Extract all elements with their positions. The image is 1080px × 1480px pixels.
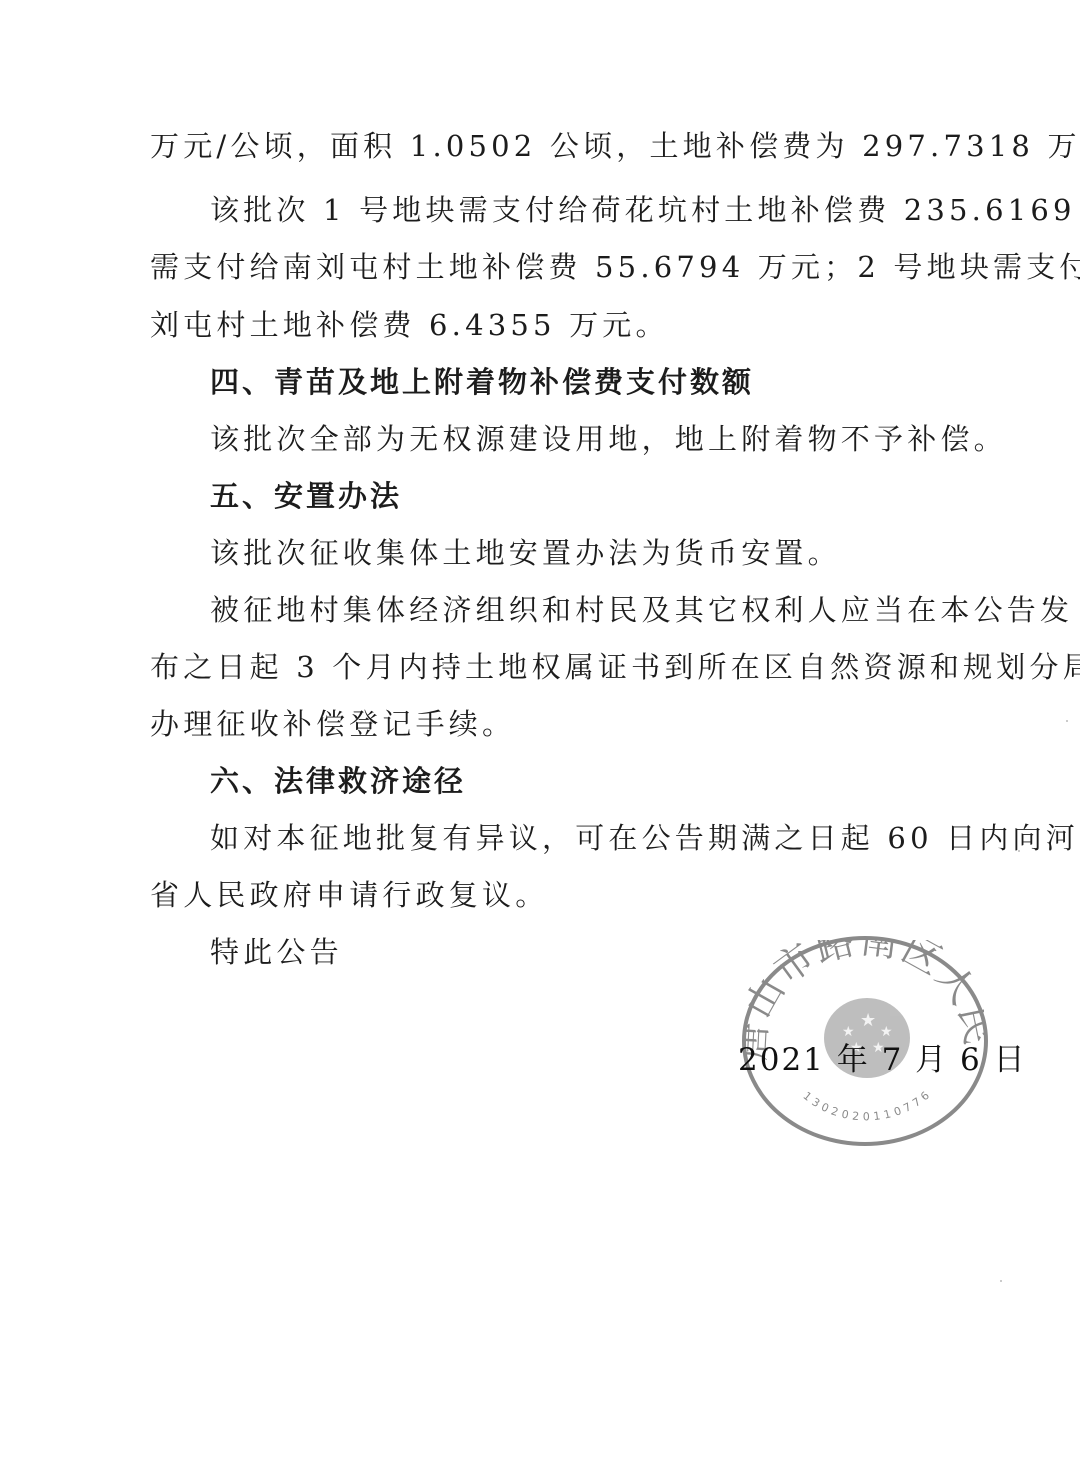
body-line-14: 省人民政府申请行政复议。 — [150, 875, 548, 915]
issue-date: 2021 年 7 月 6 日 — [738, 1040, 1027, 1080]
body-line-10: 布之日起 3 个月内持土地权属证书到所在区自然资源和规划分局 — [150, 647, 1080, 687]
svg-text:1302020110776: 1302020110776 — [800, 1086, 935, 1123]
body-line-8: 该批次征收集体土地安置办法为货币安置。 — [210, 533, 841, 573]
body-line-9: 被征地村集体经济组织和村民及其它权利人应当在本公告发 — [210, 590, 1073, 630]
section-heading-6: 六、法律救济途径 — [210, 761, 466, 801]
body-line-2: 该批次 1 号地块需支付给荷花坑村土地补偿费 235.6169 万元； — [210, 190, 1080, 230]
scan-speck — [1000, 1280, 1002, 1282]
body-line-13: 如对本征地批复有异议，可在公告期满之日起 60 日内向河北 — [210, 818, 1080, 858]
document-page: 万元/公顷，面积 1.0502 公顷，土地补偿费为 297.7318 万元。 该… — [0, 0, 1080, 1480]
section-heading-4: 四、青苗及地上附着物补偿费支付数额 — [210, 362, 754, 402]
section-heading-5: 五、安置办法 — [210, 476, 402, 516]
body-line-4: 刘屯村土地补偿费 6.4355 万元。 — [150, 305, 669, 345]
seal-serial: 1302020110776 — [800, 1086, 935, 1123]
body-line-1: 万元/公顷，面积 1.0502 公顷，土地补偿费为 297.7318 万元。 — [150, 126, 1080, 166]
body-line-6: 该批次全部为无权源建设用地，地上附着物不予补偿。 — [210, 419, 1007, 459]
closing-line: 特此公告 — [210, 932, 343, 972]
body-line-11: 办理征收补偿登记手续。 — [150, 704, 515, 744]
scan-speck — [1066, 720, 1068, 722]
body-line-3: 需支付给南刘屯村土地补偿费 55.6794 万元；2 号地块需支付给南 — [150, 247, 1080, 287]
scan-speck — [1018, 850, 1020, 852]
